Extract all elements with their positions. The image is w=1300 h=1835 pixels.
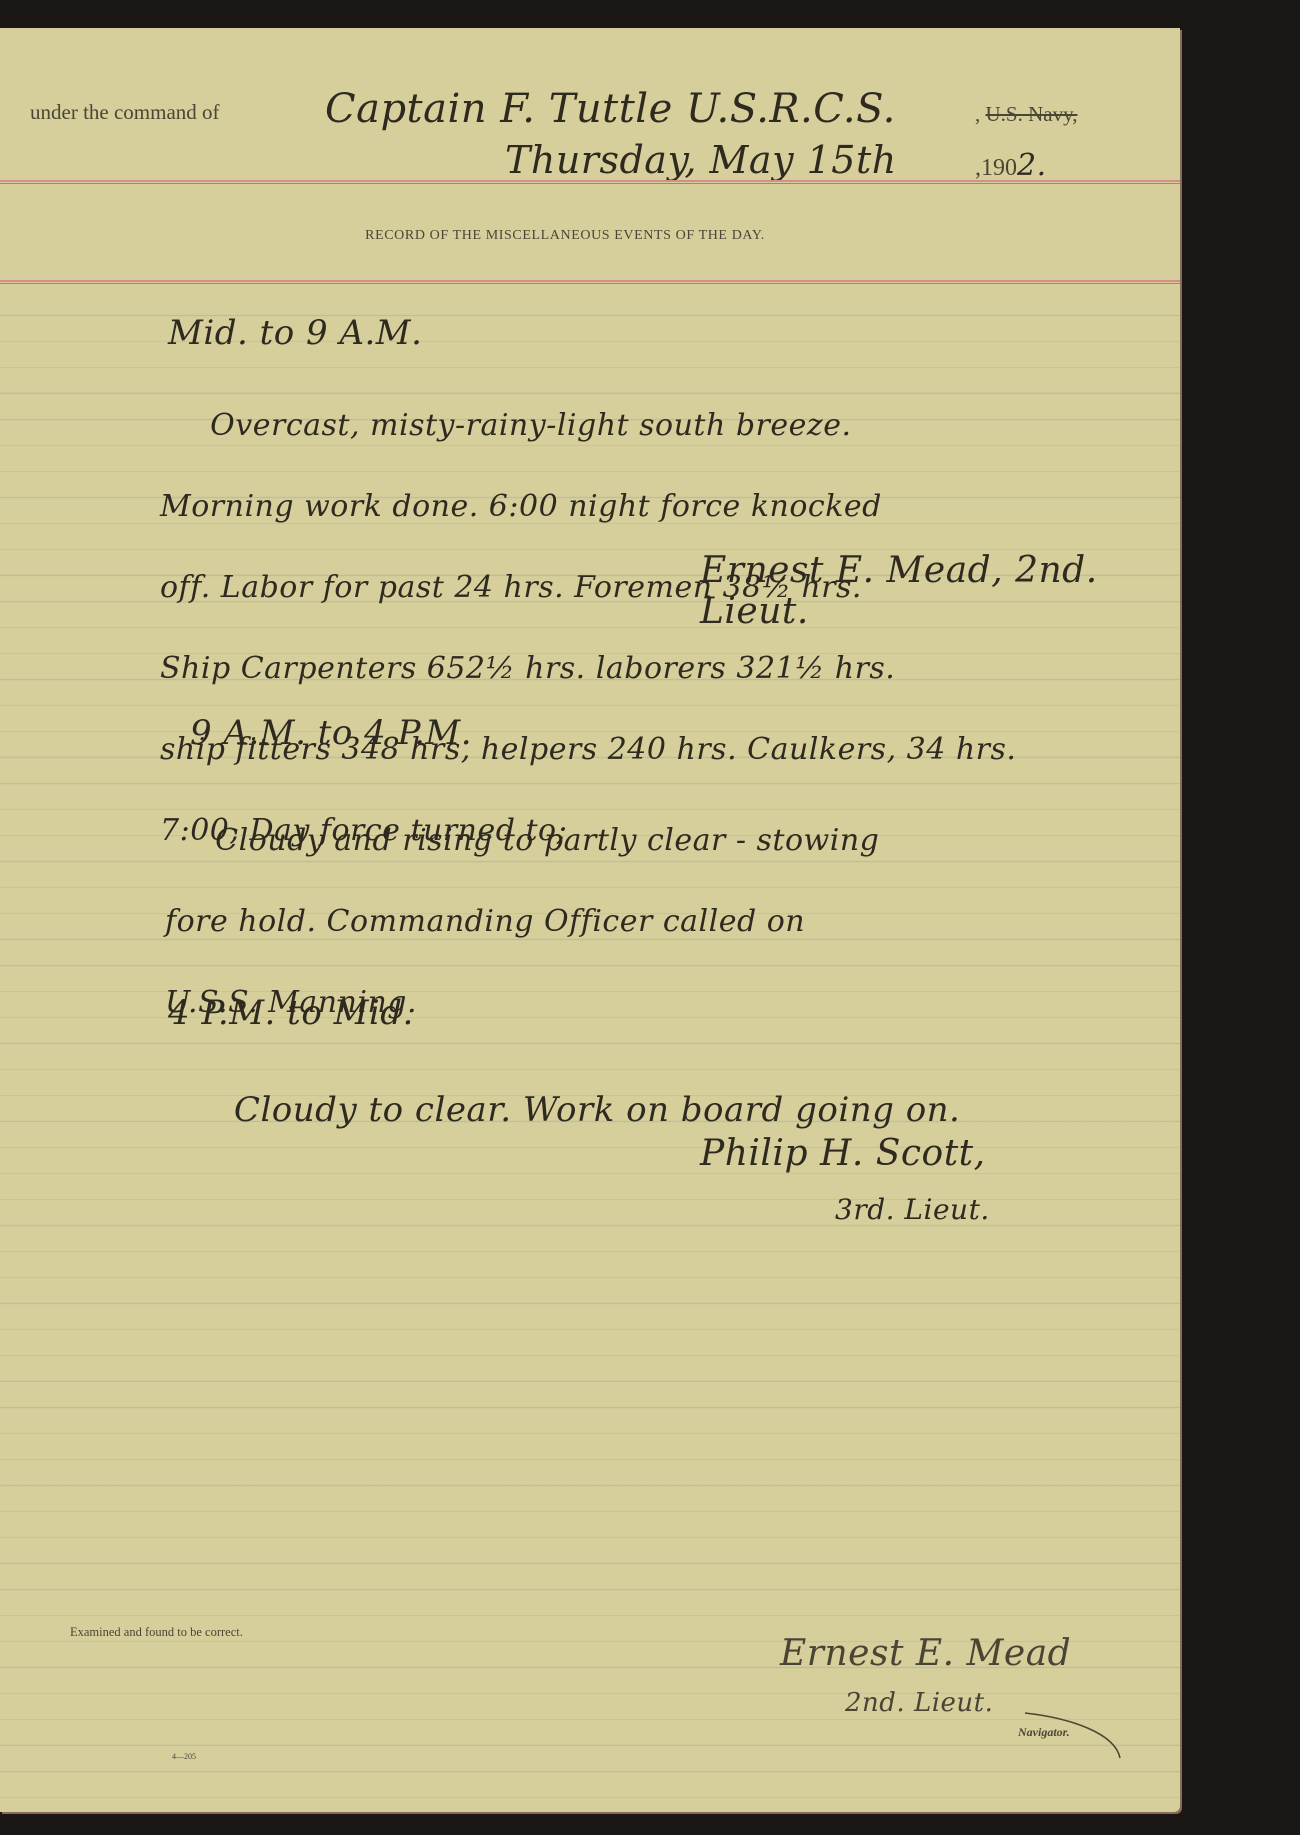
section-rule-red	[0, 280, 1180, 282]
watch-title-9am-to-4pm: 9 A.M. to 4 P.M.	[190, 713, 472, 753]
examined-statement: Examined and found to be correct.	[70, 1625, 243, 1640]
watch-title-4pm-to-mid: 4 P.M. to Mid.	[168, 993, 414, 1033]
entry-line: Morning work done. 6:00 night force knoc…	[160, 493, 1016, 520]
navigator-signature: Ernest E. Mead	[780, 1633, 1071, 1674]
signature-watch-3: Philip H. Scott,	[700, 1133, 986, 1174]
signature-flourish-icon	[1020, 1708, 1130, 1768]
service-struck-text: U.S. Navy,	[986, 102, 1078, 126]
signature-watch-1: Ernest E. Mead, 2nd. Lieut.	[700, 550, 1180, 632]
rank-watch-3: 3rd. Lieut.	[835, 1193, 990, 1226]
entry-line: Cloudy to clear. Work on board going on.	[200, 1097, 960, 1124]
log-year: ,1902.	[975, 148, 1047, 183]
command-label: under the command of	[30, 100, 220, 125]
log-page: under the command of Captain F. Tuttle U…	[0, 28, 1180, 1812]
navigator-rank: 2nd. Lieut.	[845, 1688, 993, 1718]
year-prefix: ,190	[975, 155, 1017, 181]
header-rule-red	[0, 180, 1180, 182]
service-struck: , U.S. Navy,	[975, 102, 1077, 127]
entry-line: Ship Carpenters 652½ hrs. laborers 321½ …	[160, 655, 1016, 682]
entry-line: fore hold. Commanding Officer called on	[165, 908, 879, 935]
watch-title-mid-to-9am: Mid. to 9 A.M.	[168, 313, 422, 353]
form-number: 4—205	[172, 1752, 196, 1761]
entry-line: Cloudy and rising to partly clear - stow…	[165, 827, 879, 854]
header-rule-blue	[0, 183, 1180, 184]
year-suffix: 2.	[1017, 148, 1047, 183]
commander-name: Captain F. Tuttle U.S.R.C.S.	[325, 86, 896, 132]
section-rule-blue	[0, 283, 1180, 284]
record-title: RECORD OF THE MISCELLANEOUS EVENTS OF TH…	[330, 228, 800, 244]
log-date: Thursday, May 15th	[505, 138, 897, 182]
entry-line: Overcast, misty-rainy-light south breeze…	[160, 412, 1016, 439]
